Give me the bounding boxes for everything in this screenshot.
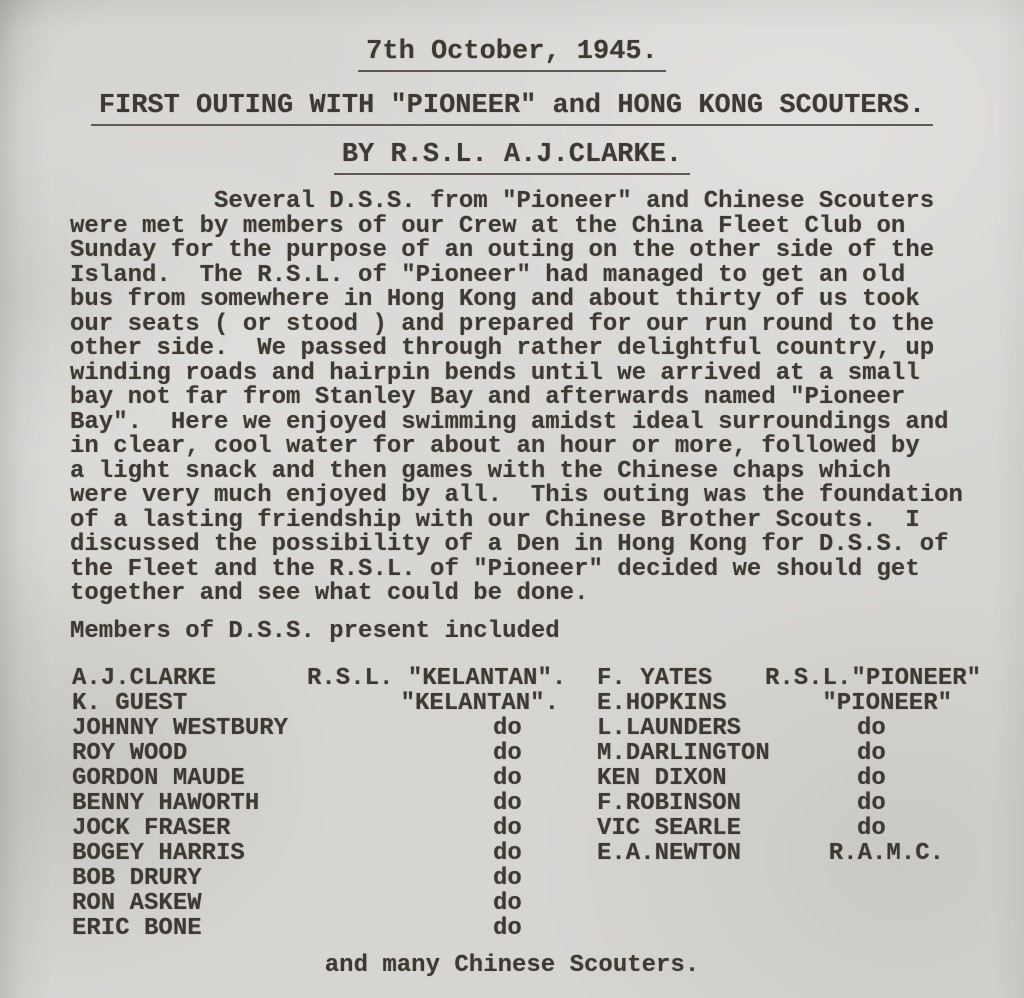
date-heading: 7th October, 1945. (358, 36, 666, 72)
member-unit: "KELANTAN". (307, 691, 597, 716)
members-intro: Members of D.S.S. present included (70, 619, 1024, 644)
table-row: A.J.CLARKE R.S.L. "KELANTAN". F. YATES R… (72, 666, 952, 691)
member-name: BOB DRURY (72, 866, 307, 891)
table-row: RON ASKEW do (72, 891, 952, 916)
member-name: KEN DIXON (597, 766, 765, 791)
document-page: 7th October, 1945. FIRST OUTING WITH "PI… (0, 0, 1024, 998)
member-name (597, 891, 765, 916)
member-unit (765, 891, 952, 916)
member-unit: R.S.L."PIONEER" (765, 666, 981, 691)
member-name: BOGEY HARRIS (72, 841, 307, 866)
member-unit (765, 916, 952, 941)
member-unit: "PIONEER" (765, 691, 952, 716)
member-unit: do (307, 816, 597, 841)
member-unit: R.S.L. "KELANTAN". (307, 666, 597, 691)
table-row: BOB DRURY do (72, 866, 952, 891)
member-unit: do (307, 741, 597, 766)
member-name: E.HOPKINS (597, 691, 765, 716)
member-name: L.LAUNDERS (597, 716, 765, 741)
member-unit (765, 866, 952, 891)
member-name (597, 916, 765, 941)
table-row: K. GUEST "KELANTAN". E.HOPKINS "PIONEER" (72, 691, 952, 716)
member-name: M.DARLINGTON (597, 741, 765, 766)
member-name: E.A.NEWTON (597, 841, 765, 866)
member-name: K. GUEST (72, 691, 307, 716)
member-unit: do (765, 741, 952, 766)
body-paragraph: Several D.S.S. from "Pioneer" and Chines… (70, 190, 970, 607)
member-unit: do (307, 791, 597, 816)
member-name: BENNY HAWORTH (72, 791, 307, 816)
member-name: JOCK FRASER (72, 816, 307, 841)
member-name (597, 866, 765, 891)
table-row: BENNY HAWORTH do F.ROBINSON do (72, 791, 952, 816)
table-row: ROY WOOD do M.DARLINGTON do (72, 741, 952, 766)
member-name: JOHNNY WESTBURY (72, 716, 307, 741)
member-name: A.J.CLARKE (72, 666, 307, 691)
member-unit: do (307, 716, 597, 741)
member-name: F.ROBINSON (597, 791, 765, 816)
footer-note: and many Chinese Scouters. (0, 953, 1024, 978)
byline-row: BY R.S.L. A.J.CLARKE. (0, 139, 1024, 175)
members-table: A.J.CLARKE R.S.L. "KELANTAN". F. YATES R… (72, 666, 952, 941)
member-name: ERIC BONE (72, 916, 307, 941)
member-name: F. YATES (597, 666, 765, 691)
member-unit: do (307, 866, 597, 891)
member-name: VIC SEARLE (597, 816, 765, 841)
member-name: ROY WOOD (72, 741, 307, 766)
member-name: GORDON MAUDE (72, 766, 307, 791)
member-unit: R.A.M.C. (765, 841, 952, 866)
member-unit: do (307, 916, 597, 941)
member-unit: do (307, 841, 597, 866)
table-row: ERIC BONE do (72, 916, 952, 941)
member-unit: do (765, 791, 952, 816)
member-unit: do (765, 766, 952, 791)
byline: BY R.S.L. A.J.CLARKE. (334, 139, 690, 175)
title-row: FIRST OUTING WITH "PIONEER" and HONG KON… (0, 90, 1024, 126)
member-unit: do (307, 891, 597, 916)
table-row: BOGEY HARRIS do E.A.NEWTON R.A.M.C. (72, 841, 952, 866)
table-row: JOHNNY WESTBURY do L.LAUNDERS do (72, 716, 952, 741)
member-name: RON ASKEW (72, 891, 307, 916)
member-unit: do (307, 766, 597, 791)
member-unit: do (765, 716, 952, 741)
date-heading-row: 7th October, 1945. (0, 36, 1024, 72)
table-row: GORDON MAUDE do KEN DIXON do (72, 766, 952, 791)
document-title: FIRST OUTING WITH "PIONEER" and HONG KON… (91, 90, 933, 126)
table-row: JOCK FRASER do VIC SEARLE do (72, 816, 952, 841)
member-unit: do (765, 816, 952, 841)
